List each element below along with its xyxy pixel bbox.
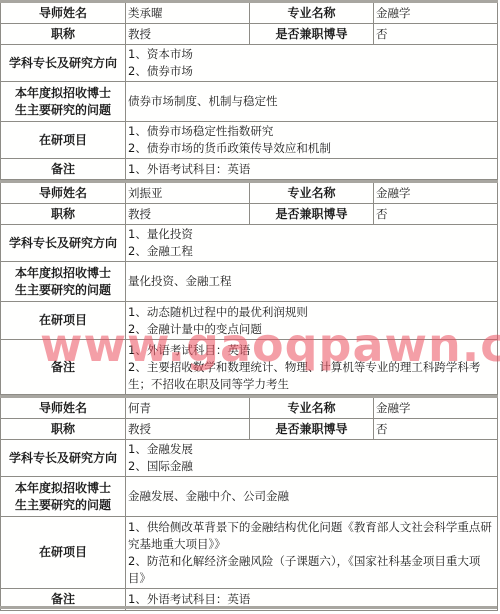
advisor-name: 类承曜: [126, 2, 250, 24]
direction-item: 1、量化投资: [128, 226, 495, 243]
label-projects: 在研项目: [1, 302, 126, 340]
note-item: 1、外语考试科目：英语: [128, 161, 495, 178]
part-time-value: 否: [374, 204, 498, 225]
title-value: 教授: [126, 24, 250, 45]
project-item: 1、债券市场稳定性指数研究: [128, 123, 495, 140]
label-title: 职称: [1, 24, 126, 45]
label-line: 本年度拟招收博士: [3, 265, 123, 282]
label-major: 专业名称: [250, 182, 374, 204]
label-research: 本年度拟招收博士 生主要研究的问题: [1, 262, 126, 302]
part-time-value: 否: [374, 419, 498, 440]
research-value: 金融发展、金融中介、公司金融: [126, 477, 498, 517]
label-part-time: 是否兼职博导: [250, 204, 374, 225]
next-table-border: [0, 606, 497, 614]
label-title: 职称: [1, 204, 126, 225]
title-value: 教授: [126, 204, 250, 225]
label-directions: 学科专长及研究方向: [1, 45, 126, 82]
label-projects: 在研项目: [1, 122, 126, 159]
label-name: 导师姓名: [1, 182, 126, 204]
label-part-time: 是否兼职博导: [250, 419, 374, 440]
label-research: 本年度拟招收博士 生主要研究的问题: [1, 477, 126, 517]
label-part-time: 是否兼职博导: [250, 24, 374, 45]
note-item: 2、主要招收数学和数理统计、物理、计算机等专业的理工科跨学科考生；不招收在职及同…: [128, 359, 495, 393]
label-line: 本年度拟招收博士: [3, 85, 123, 102]
advisor-table-3: 导师姓名 何青 专业名称 金融学 职称 教授 是否兼职博导 否 学科专长及研究方…: [0, 395, 498, 611]
directions-value: 1、资本市场 2、债券市场: [126, 45, 498, 82]
project-item: 1、供给侧改革背景下的金融结构优化问题《教育部人文社会科学重点研究基地重大项目》…: [128, 519, 495, 553]
notes-value: 1、外语考试科目：英语 2、主要招收数学和数理统计、物理、计算机等专业的理工科跨…: [126, 340, 498, 395]
label-research: 本年度拟招收博士 生主要研究的问题: [1, 82, 126, 122]
research-value: 债券市场制度、机制与稳定性: [126, 82, 498, 122]
label-major: 专业名称: [250, 397, 374, 419]
notes-value: 1、外语考试科目：英语: [126, 159, 498, 180]
note-item: 1、外语考试科目：英语: [128, 342, 495, 359]
direction-item: 2、金融工程: [128, 243, 495, 260]
projects-value: 1、供给侧改革背景下的金融结构优化问题《教育部人文社会科学重点研究基地重大项目》…: [126, 517, 498, 589]
advisor-table-1: 导师姓名 类承曜 专业名称 金融学 职称 教授 是否兼职博导 否 学科专长及研究…: [0, 0, 498, 180]
label-line: 生主要研究的问题: [3, 497, 123, 514]
major-value: 金融学: [374, 2, 498, 24]
label-major: 专业名称: [250, 2, 374, 24]
major-value: 金融学: [374, 182, 498, 204]
label-line: 生主要研究的问题: [3, 102, 123, 119]
advisor-name: 何青: [126, 397, 250, 419]
research-value: 量化投资、金融工程: [126, 262, 498, 302]
label-line: 生主要研究的问题: [3, 282, 123, 299]
direction-item: 2、债券市场: [128, 63, 495, 80]
label-notes: 备注: [1, 340, 126, 395]
label-line: 本年度拟招收博士: [3, 480, 123, 497]
advisor-table-2: 导师姓名 刘振亚 专业名称 金融学 职称 教授 是否兼职博导 否 学科专长及研究…: [0, 180, 498, 395]
advisor-tables: 导师姓名 类承曜 专业名称 金融学 职称 教授 是否兼职博导 否 学科专长及研究…: [0, 0, 500, 611]
direction-item: 2、国际金融: [128, 458, 495, 475]
projects-value: 1、债券市场稳定性指数研究 2、债券市场的货币政策传导效应和机制: [126, 122, 498, 159]
title-value: 教授: [126, 419, 250, 440]
advisor-name: 刘振亚: [126, 182, 250, 204]
project-item: 2、金融计量中的变点问题: [128, 321, 495, 338]
label-title: 职称: [1, 419, 126, 440]
part-time-value: 否: [374, 24, 498, 45]
label-name: 导师姓名: [1, 397, 126, 419]
label-directions: 学科专长及研究方向: [1, 440, 126, 477]
projects-value: 1、动态随机过程中的最优利润规则 2、金融计量中的变点问题: [126, 302, 498, 340]
directions-value: 1、金融发展 2、国际金融: [126, 440, 498, 477]
project-item: 1、动态随机过程中的最优利润规则: [128, 304, 495, 321]
label-notes: 备注: [1, 159, 126, 180]
direction-item: 1、资本市场: [128, 46, 495, 63]
label-directions: 学科专长及研究方向: [1, 225, 126, 262]
label-name: 导师姓名: [1, 2, 126, 24]
major-value: 金融学: [374, 397, 498, 419]
project-item: 2、防范和化解经济金融风险（子课题六），《国家社科基金项目重大项目》: [128, 553, 495, 587]
direction-item: 1、金融发展: [128, 441, 495, 458]
project-item: 2、债券市场的货币政策传导效应和机制: [128, 140, 495, 157]
label-projects: 在研项目: [1, 517, 126, 589]
directions-value: 1、量化投资 2、金融工程: [126, 225, 498, 262]
